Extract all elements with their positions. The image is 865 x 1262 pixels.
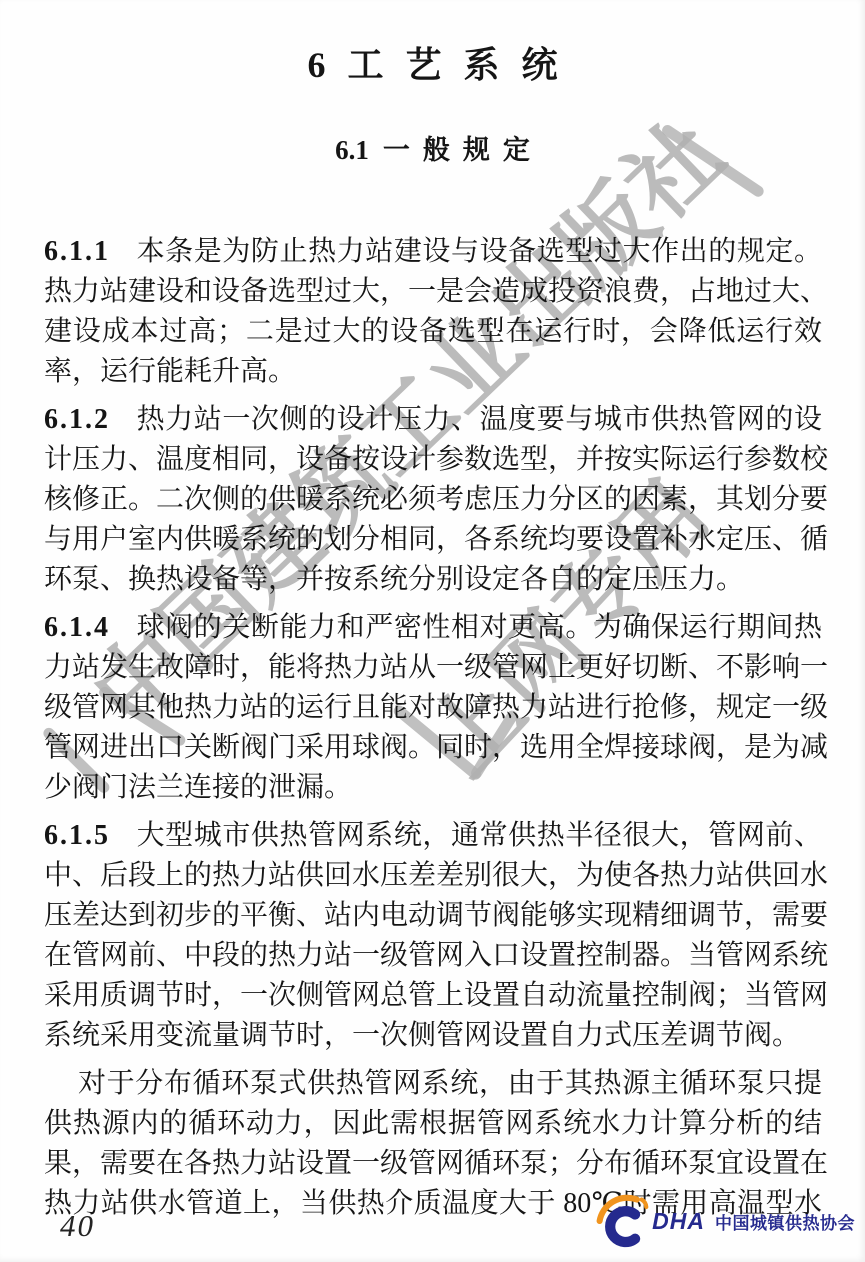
- page-footer: 40 DHA 中国城镇供热协会: [0, 1192, 865, 1262]
- paragraph-line: 级管网其他热力站的运行且能对故障热力站进行抢修，规定一级: [44, 688, 822, 728]
- paragraph-line: 6.1.2热力站一次侧的设计压力、温度要与城市供热管网的设: [44, 400, 822, 440]
- paragraph-line: 管网进出口关断阀门采用球阀。同时，选用全焊接球阀，是为减: [44, 728, 822, 768]
- paragraph: 6.1.4球阀的关断能力和严密性相对更高。为确保运行期间热力站发生故障时，能将热…: [44, 608, 822, 808]
- paragraph-line: 6.1.5大型城市供热管网系统，通常供热半径很大，管网前、: [44, 816, 822, 856]
- paragraph-line: 对于分布循环泵式供热管网系统，由于其热源主循环泵只提: [44, 1064, 822, 1104]
- paragraph-line: 采用质调节时，一次侧管网总管上设置自动流量控制阀；当管网: [44, 976, 822, 1016]
- section-title: 6.1一般规定: [0, 134, 865, 166]
- paragraph-line: 率，运行能耗升高。: [44, 352, 822, 392]
- association-abbr: DHA: [652, 1208, 705, 1235]
- paragraph-line: 核修正。二次侧的供暖系统必须考虑压力分区的因素，其划分要: [44, 480, 822, 520]
- paragraph-line: 压差达到初步的平衡、站内电动调节阀能够实现精细调节，需要: [44, 896, 822, 936]
- chapter-title-text: 工艺系统: [347, 45, 579, 85]
- paragraph-line: 与用户室内供暖系统的划分相同，各系统均要设置补水定压、循: [44, 520, 822, 560]
- paragraph-line: 热力站建设和设备选型过大，一是会造成投资浪费，占地过大、: [44, 272, 822, 312]
- paragraph-line: 计压力、温度相同，设备按设计参数选型，并按实际运行参数校: [44, 440, 822, 480]
- cdha-logo-icon: [594, 1192, 650, 1250]
- clause-number: 6.1.5: [44, 820, 110, 851]
- chapter-number: 6: [307, 45, 325, 85]
- document-page: 中国建筑工业出版社 上网专用 6工艺系统 6.1一般规定 6.1.1本条是为防止…: [0, 0, 865, 1262]
- section-number: 6.1: [335, 135, 369, 165]
- paragraph-line: 少阀门法兰连接的泄漏。: [44, 768, 822, 808]
- paragraph-line: 系统采用变流量调节时，一次侧管网设置自力式压差调节阀。: [44, 1016, 822, 1056]
- document-content: 6工艺系统 6.1一般规定 6.1.1本条是为防止热力站建设与设备选型过大作出的…: [0, 44, 865, 166]
- clause-number: 6.1.4: [44, 612, 110, 643]
- paragraph: 6.1.2热力站一次侧的设计压力、温度要与城市供热管网的设计压力、温度相同，设备…: [44, 400, 822, 600]
- paragraph-line: 果，需要在各热力站设置一级管网循环泵；分布循环泵宜设置在: [44, 1144, 822, 1184]
- paragraph-line: 力站发生故障时，能将热力站从一级管网上更好切断、不影响一: [44, 648, 822, 688]
- paragraph-line: 环泵、换热设备等，并按系统分别设定各自的定压压力。: [44, 560, 822, 600]
- paragraph-line: 6.1.1本条是为防止热力站建设与设备选型过大作出的规定。: [44, 232, 822, 272]
- paragraph: 6.1.1本条是为防止热力站建设与设备选型过大作出的规定。热力站建设和设备选型过…: [44, 232, 822, 392]
- section-title-text: 一般规定: [383, 135, 543, 165]
- clause-number: 6.1.2: [44, 404, 110, 435]
- association-logo: DHA 中国城镇供热协会: [594, 1192, 855, 1250]
- paragraph: 6.1.5大型城市供热管网系统，通常供热半径很大，管网前、中、后段上的热力站供回…: [44, 816, 822, 1056]
- association-name: 中国城镇供热协会: [715, 1209, 855, 1234]
- paragraph-line: 供热源内的循环动力，因此需根据管网系统水力计算分析的结: [44, 1104, 822, 1144]
- chapter-title: 6工艺系统: [0, 44, 865, 86]
- paragraph-line: 中、后段上的热力站供回水压差差别很大，为使各热力站供回水: [44, 856, 822, 896]
- paragraph-line: 建设成本过高；二是过大的设备选型在运行时，会降低运行效: [44, 312, 822, 352]
- page-number: 40: [60, 1208, 95, 1244]
- clause-number: 6.1.1: [44, 236, 110, 267]
- paragraph-line: 在管网前、中段的热力站一级管网入口设置控制器。当管网系统: [44, 936, 822, 976]
- document-body: 6.1.1本条是为防止热力站建设与设备选型过大作出的规定。热力站建设和设备选型过…: [44, 232, 822, 1232]
- paragraph-line: 6.1.4球阀的关断能力和严密性相对更高。为确保运行期间热: [44, 608, 822, 648]
